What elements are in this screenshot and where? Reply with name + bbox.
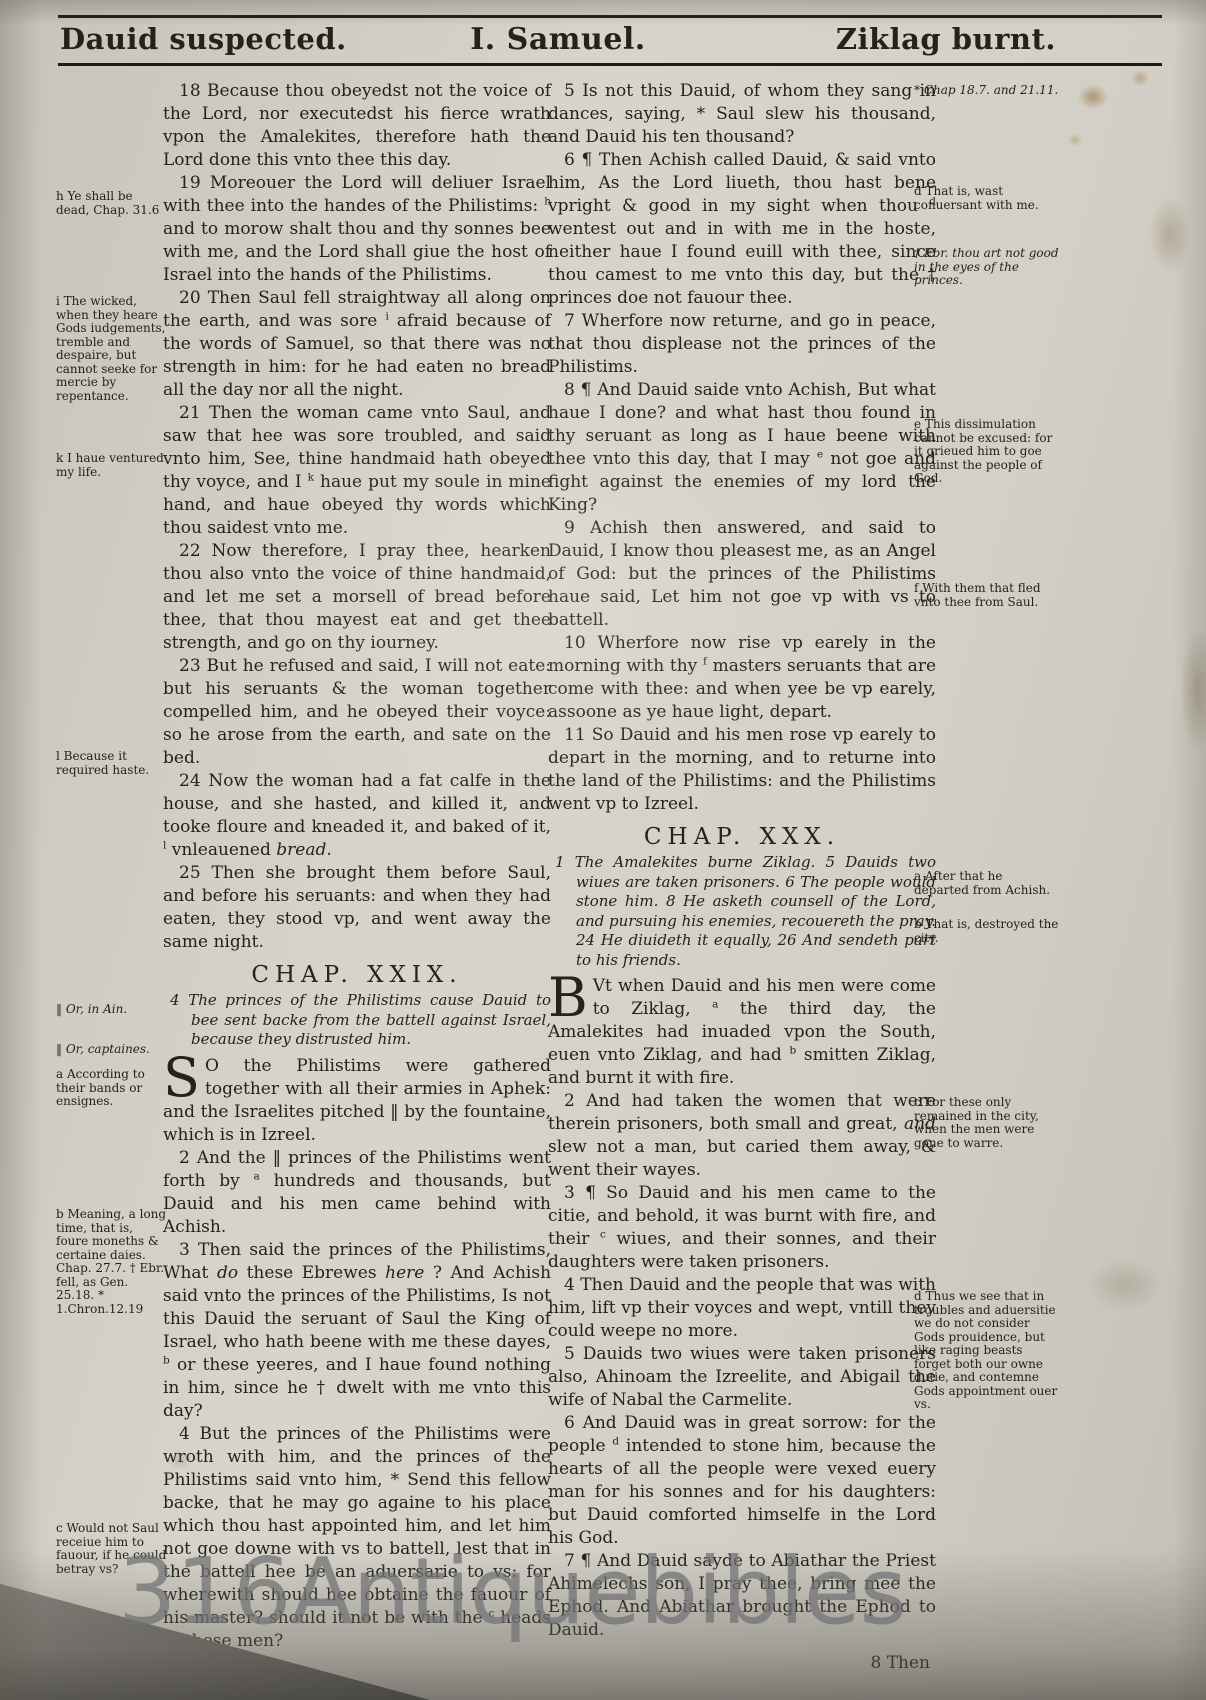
verse: 21 Then the woman came vnto Saul, and sa… — [163, 402, 551, 540]
header-rule — [58, 63, 1162, 66]
verse: 8 ¶ And Dauid saide vnto Achish, But wha… — [548, 379, 936, 517]
drop-cap: S — [163, 1055, 205, 1099]
verse: 9 Achish then answered, and said to Daui… — [548, 517, 936, 632]
verse: BVt when Dauid and his men were come to … — [548, 975, 936, 1090]
verse: 20 Then Saul fell straightway all along … — [163, 287, 551, 402]
margin-note: ‖ Or, captaines. — [56, 1043, 168, 1057]
chapter-argument: 4 The princes of the Philistims cause Da… — [163, 991, 551, 1050]
verse: 6 ¶ Then Achish called Dauid, & said vnt… — [548, 149, 936, 310]
margin-note: b Meaning, a long time, that is, foure m… — [56, 1208, 168, 1316]
margin-note: a After that he departed from Achish. — [914, 870, 1060, 897]
running-head-center: I. Samuel. — [470, 22, 646, 57]
margin-note: * Chap 18.7. and 21.11. — [914, 84, 1060, 98]
margin-note: k I haue ventured my life. — [56, 452, 168, 479]
verse: 2 And the ‖ princes of the Philistims we… — [163, 1147, 551, 1239]
margin-note: d That is, wast conuersant with me. — [914, 185, 1060, 212]
margin-note: l Because it required haste. — [56, 750, 168, 777]
running-head-right: Ziklag burnt. — [646, 22, 1056, 56]
margin-note: † Ebr. thou art not good in the eyes of … — [914, 247, 1060, 288]
verse: 19 Moreouer the Lord will deliuer Israel… — [163, 172, 551, 287]
margin-note: f With them that fled vnto thee from Sau… — [914, 582, 1060, 609]
verse: SO the Philistims were gathered together… — [163, 1055, 551, 1147]
margin-note: a According to their bands or ensignes. — [56, 1068, 168, 1109]
verse: 2 And had taken the women that were ther… — [548, 1090, 936, 1182]
margin-note: d Thus we see that in troubles and aduer… — [914, 1290, 1060, 1412]
verse: 23 But he refused and said, I will not e… — [163, 655, 551, 770]
verse: 3 Then said the princes of the Philistim… — [163, 1239, 551, 1423]
right-text-column: 5 Is not this Dauid, of whom they sang i… — [548, 80, 936, 1675]
chapter-heading: CHAP. XXIX. — [163, 964, 551, 987]
margin-note: e This dissimulation cannot be excused: … — [914, 418, 1060, 486]
drop-cap: B — [548, 975, 593, 1019]
catchword: 8 Then — [548, 1652, 936, 1675]
margin-note: ‖ Or, in Ain. — [56, 1003, 168, 1017]
verse: 3 ¶ So Dauid and his men came to the cit… — [548, 1182, 936, 1274]
left-text-column: 18 Because thou obeyedst not the voice o… — [163, 80, 551, 1653]
verse: 25 Then she brought them before Saul, an… — [163, 862, 551, 954]
verse: 5 Is not this Dauid, of whom they sang i… — [548, 80, 936, 149]
verse: 18 Because thou obeyedst not the voice o… — [163, 80, 551, 172]
margin-note: c For these only remained in the city, w… — [914, 1096, 1060, 1150]
margin-note: h Ye shall be dead, Chap. 31.6 — [56, 190, 168, 217]
verse: 6 And Dauid was in great sorrow: for the… — [548, 1412, 936, 1550]
top-rule — [58, 15, 1162, 18]
verse: 22 Now therefore, I pray thee, hearken t… — [163, 540, 551, 655]
chapter-argument: 1 The Amalekites burne Ziklag. 5 Dauids … — [548, 853, 936, 970]
running-head-left: Dauid suspected. — [60, 22, 470, 56]
verse: 7 Wherfore now returne, and go in peace,… — [548, 310, 936, 379]
verse: 10 Wherfore now rise vp earely in the mo… — [548, 632, 936, 724]
verse: 24 Now the woman had a fat calfe in the … — [163, 770, 551, 862]
watermark-text: 316Antiquebibles — [118, 1538, 906, 1645]
margin-note: b That is, destroyed the city. — [914, 918, 1060, 945]
verse: 4 Then Dauid and the people that was wit… — [548, 1274, 936, 1343]
verse: 5 Dauids two wiues were taken prisoners … — [548, 1343, 936, 1412]
bible-page: Dauid suspected. I. Samuel. Ziklag burnt… — [0, 0, 1206, 1700]
chapter-heading: CHAP. XXX. — [548, 826, 936, 849]
verse: 11 So Dauid and his men rose vp earely t… — [548, 724, 936, 816]
running-head: Dauid suspected. I. Samuel. Ziklag burnt… — [60, 22, 1056, 57]
margin-note: i The wicked, when they heare Gods iudge… — [56, 295, 168, 403]
